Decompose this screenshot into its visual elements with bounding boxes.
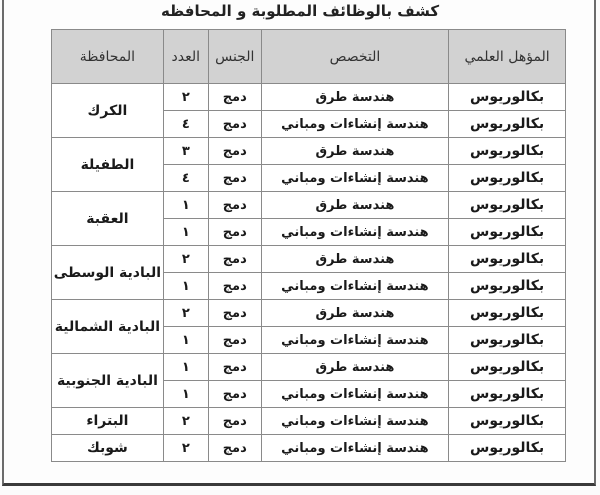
gender-cell: دمج [208, 219, 261, 246]
jobs-table: المؤهل العلمي التخصص الجنس العدد المحافظ… [51, 29, 566, 462]
qualification-cell: بكالوريوس [449, 138, 566, 165]
governorate-cell: شوبك [52, 435, 164, 462]
table-row: بكالوريوس هندسة طرق دمج ١ البادية الجنوب… [52, 354, 566, 381]
gender-cell: دمج [208, 165, 261, 192]
count-cell: ١ [163, 192, 208, 219]
qualification-cell: بكالوريوس [449, 219, 566, 246]
header-qualification: المؤهل العلمي [449, 30, 566, 84]
specialization-cell: هندسة إنشاءات ومباني [261, 408, 448, 435]
qualification-cell: بكالوريوس [449, 408, 566, 435]
table-row: بكالوريوس هندسة طرق دمج ٢ البادية الوسطى [52, 246, 566, 273]
gender-cell: دمج [208, 246, 261, 273]
count-cell: ١ [163, 327, 208, 354]
gender-cell: دمج [208, 408, 261, 435]
gender-cell: دمج [208, 111, 261, 138]
table-row: بكالوريوس هندسة إنشاءات ومباني دمج ٢ الب… [52, 408, 566, 435]
count-cell: ١ [163, 354, 208, 381]
governorate-cell: البادية الجنوبية [52, 354, 164, 408]
qualification-cell: بكالوريوس [449, 435, 566, 462]
gender-cell: دمج [208, 273, 261, 300]
table-row: بكالوريوس هندسة إنشاءات ومباني دمج ٢ شوب… [52, 435, 566, 462]
count-cell: ٣ [163, 138, 208, 165]
governorate-cell: الكرك [52, 84, 164, 138]
specialization-cell: هندسة إنشاءات ومباني [261, 165, 448, 192]
qualification-cell: بكالوريوس [449, 300, 566, 327]
specialization-cell: هندسة طرق [261, 300, 448, 327]
specialization-cell: هندسة طرق [261, 192, 448, 219]
gender-cell: دمج [208, 300, 261, 327]
header-count: العدد [163, 30, 208, 84]
gender-cell: دمج [208, 84, 261, 111]
table-row: بكالوريوس هندسة طرق دمج ٢ البادية الشمال… [52, 300, 566, 327]
count-cell: ٢ [163, 246, 208, 273]
table-row: بكالوريوس هندسة طرق دمج ٣ الطفيلة [52, 138, 566, 165]
governorate-cell: العقبة [52, 192, 164, 246]
gender-cell: دمج [208, 138, 261, 165]
table-row: بكالوريوس هندسة طرق دمج ٢ الكرك [52, 84, 566, 111]
count-cell: ٢ [163, 408, 208, 435]
specialization-cell: هندسة إنشاءات ومباني [261, 219, 448, 246]
gender-cell: دمج [208, 435, 261, 462]
table-row: بكالوريوس هندسة طرق دمج ١ العقبة [52, 192, 566, 219]
specialization-cell: هندسة طرق [261, 354, 448, 381]
specialization-cell: هندسة طرق [261, 84, 448, 111]
qualification-cell: بكالوريوس [449, 381, 566, 408]
count-cell: ٤ [163, 111, 208, 138]
table-header-row: المؤهل العلمي التخصص الجنس العدد المحافظ… [52, 30, 566, 84]
header-gender: الجنس [208, 30, 261, 84]
qualification-cell: بكالوريوس [449, 246, 566, 273]
qualification-cell: بكالوريوس [449, 165, 566, 192]
header-governorate: المحافظة [52, 30, 164, 84]
gender-cell: دمج [208, 354, 261, 381]
qualification-cell: بكالوريوس [449, 354, 566, 381]
gender-cell: دمج [208, 381, 261, 408]
governorate-cell: البتراء [52, 408, 164, 435]
specialization-cell: هندسة إنشاءات ومباني [261, 381, 448, 408]
gender-cell: دمج [208, 192, 261, 219]
governorate-cell: البادية الشمالية [52, 300, 164, 354]
document-title: كشف بالوظائف المطلوبة و المحافظه [0, 2, 600, 20]
governorate-cell: البادية الوسطى [52, 246, 164, 300]
qualification-cell: بكالوريوس [449, 84, 566, 111]
count-cell: ٤ [163, 165, 208, 192]
count-cell: ٢ [163, 84, 208, 111]
count-cell: ١ [163, 219, 208, 246]
specialization-cell: هندسة طرق [261, 138, 448, 165]
specialization-cell: هندسة إنشاءات ومباني [261, 435, 448, 462]
qualification-cell: بكالوريوس [449, 327, 566, 354]
specialization-cell: هندسة إنشاءات ومباني [261, 111, 448, 138]
specialization-cell: هندسة إنشاءات ومباني [261, 327, 448, 354]
qualification-cell: بكالوريوس [449, 273, 566, 300]
count-cell: ٢ [163, 300, 208, 327]
governorate-cell: الطفيلة [52, 138, 164, 192]
specialization-cell: هندسة طرق [261, 246, 448, 273]
gender-cell: دمج [208, 327, 261, 354]
qualification-cell: بكالوريوس [449, 192, 566, 219]
specialization-cell: هندسة إنشاءات ومباني [261, 273, 448, 300]
count-cell: ١ [163, 273, 208, 300]
count-cell: ١ [163, 381, 208, 408]
qualification-cell: بكالوريوس [449, 111, 566, 138]
count-cell: ٢ [163, 435, 208, 462]
header-specialization: التخصص [261, 30, 448, 84]
